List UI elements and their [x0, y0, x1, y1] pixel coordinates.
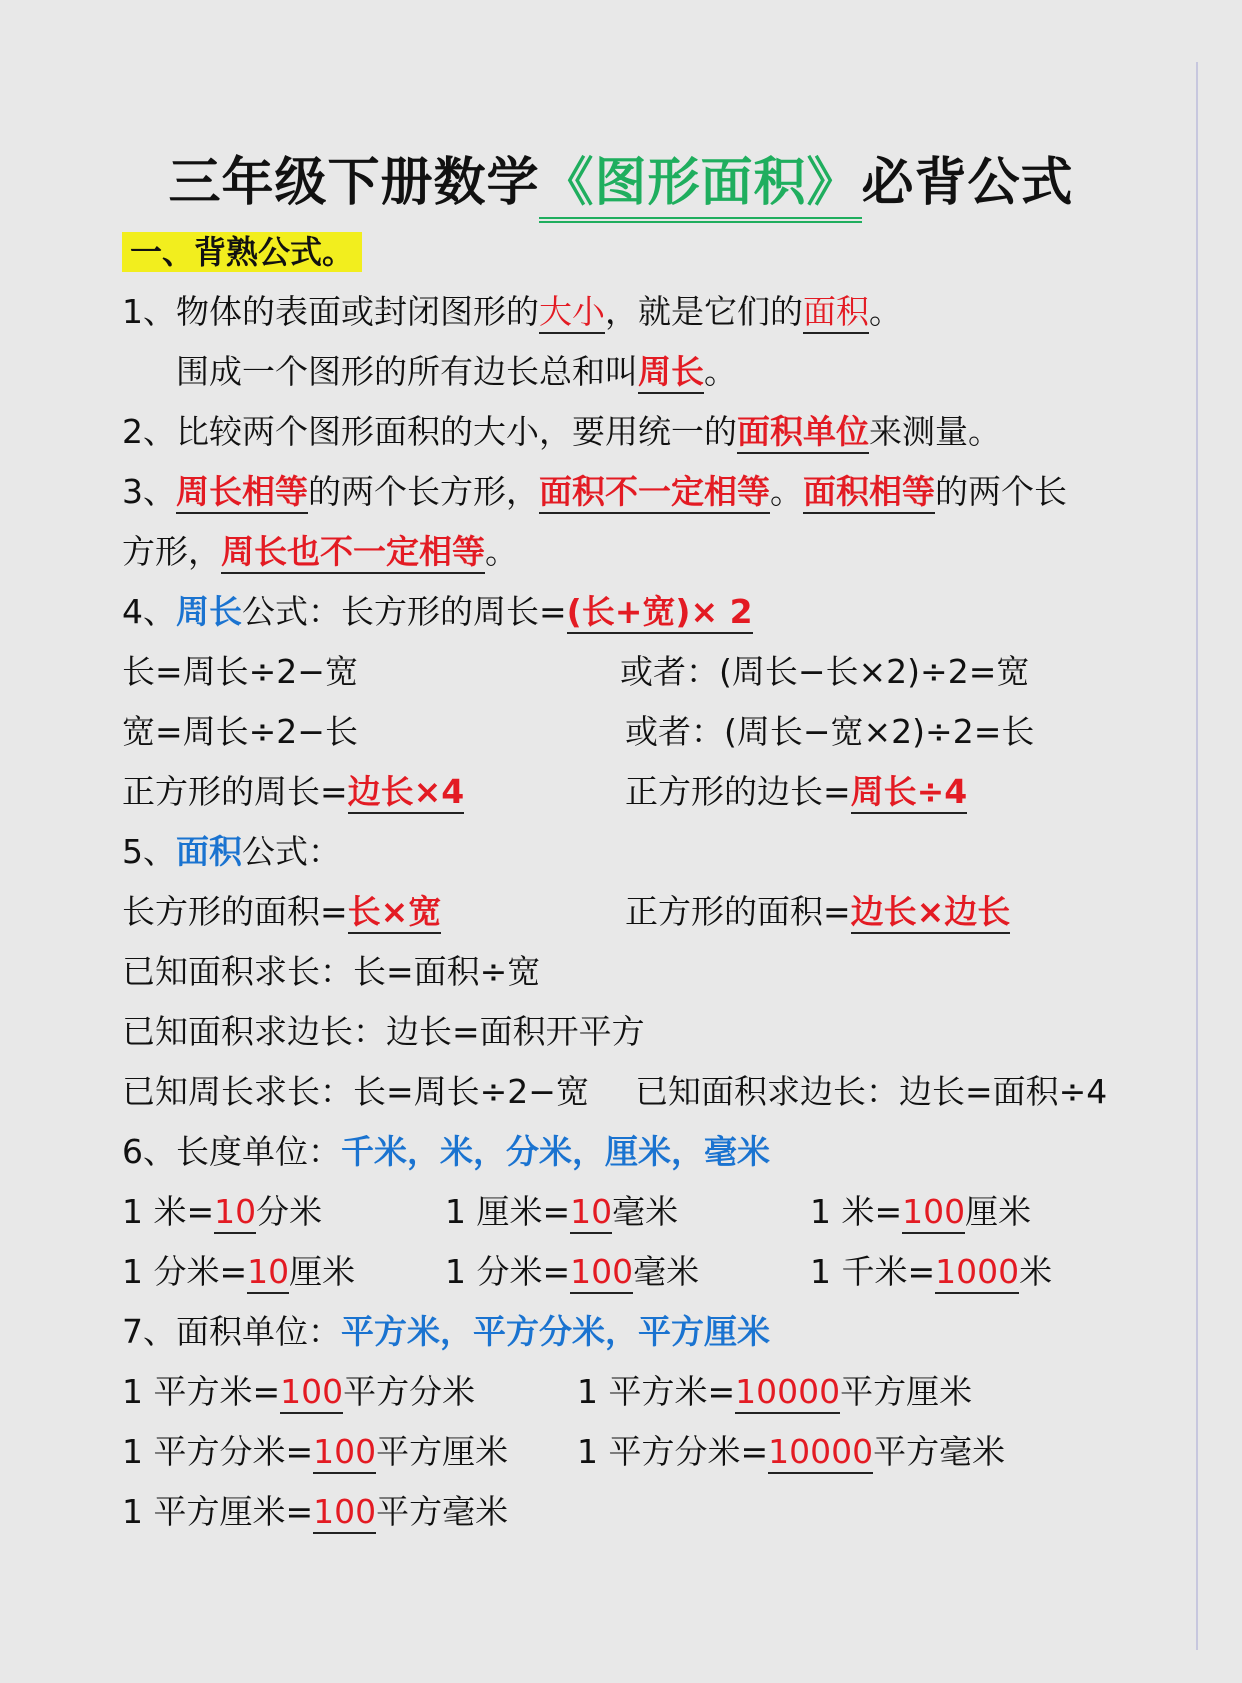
text: 正方形的周长=	[122, 772, 348, 811]
item-5-heading: 5、面积公式：	[122, 830, 341, 874]
text: 长方形的面积=	[122, 892, 348, 931]
text: 3、	[122, 472, 176, 511]
item-5-line-3-right: 已知面积求边长：边长=面积÷4	[635, 1070, 1107, 1114]
key-term: 面积单位	[737, 412, 869, 454]
length-conversion: 1 米=100厘米	[810, 1190, 1031, 1234]
item-4-row-1-left: 长=周长÷2−宽	[122, 650, 358, 694]
area-conversion: 1 平方分米=100平方厘米	[122, 1430, 508, 1474]
text: 平方毫米	[376, 1492, 508, 1531]
conversion-value: 10000	[735, 1372, 840, 1414]
text: 1、物体的表面或封闭图形的	[122, 292, 539, 331]
text: ，就是它们的	[605, 292, 803, 331]
text: 1 平方米=	[577, 1372, 735, 1411]
text: 正方形的面积=	[625, 892, 851, 931]
key-term: 周长相等	[176, 472, 308, 514]
text: 的两个长方形，	[308, 472, 539, 511]
text: 7、面积单位：	[122, 1312, 341, 1351]
text: 1 平方分米=	[122, 1432, 313, 1471]
item-1-line-1: 1、物体的表面或封闭图形的大小，就是它们的面积。	[122, 290, 902, 334]
key-term: 面积不一定相等	[539, 472, 770, 514]
text: 分米	[256, 1192, 322, 1231]
text: 。	[869, 292, 902, 331]
text: 。	[485, 532, 518, 571]
formula: (长+宽)× 2	[567, 592, 753, 634]
conversion-value: 10000	[768, 1432, 873, 1474]
item-2: 2、比较两个图形面积的大小，要用统一的面积单位来测量。	[122, 410, 1001, 454]
text: 公式：长方形的周长=	[242, 592, 567, 631]
text: 。	[704, 352, 737, 391]
text: 平方厘米	[840, 1372, 972, 1411]
conversion-value: 100	[280, 1372, 343, 1414]
conversion-value: 10	[247, 1252, 289, 1294]
text: 毫米	[633, 1252, 699, 1291]
length-conversion: 1 分米=10厘米	[122, 1250, 355, 1294]
item-6-heading: 6、长度单位：千米，米，分米，厘米，毫米	[122, 1130, 770, 1174]
formula: 边长×边长	[851, 892, 1011, 934]
area-conversion: 1 平方米=100平方分米	[122, 1370, 475, 1414]
text: 的两个长	[935, 472, 1067, 511]
item-5-line-1: 已知面积求长：长=面积÷宽	[122, 950, 540, 994]
conversion-value: 100	[902, 1192, 965, 1234]
conversion-value: 100	[313, 1492, 376, 1534]
square-perimeter: 正方形的周长=边长×4	[122, 770, 464, 814]
text: 。	[770, 472, 803, 511]
text: 1 平方米=	[122, 1372, 280, 1411]
conversion-value: 10	[570, 1192, 612, 1234]
text: 1 千米=	[810, 1252, 935, 1291]
formula: 长×宽	[348, 892, 442, 934]
text: 2、比较两个图形面积的大小，要用统一的	[122, 412, 737, 451]
item-4-row-2-left: 宽=周长÷2−长	[122, 710, 358, 754]
text: 方形，	[122, 532, 221, 571]
rect-area: 长方形的面积=长×宽	[122, 890, 441, 934]
length-conversion: 1 厘米=10毫米	[445, 1190, 678, 1234]
item-4-row-2-right: 或者：(周长−宽×2)÷2=长	[625, 710, 1034, 754]
text: 平方分米	[343, 1372, 475, 1411]
text: 平方厘米	[376, 1432, 508, 1471]
key-term-blue: 周长	[176, 592, 242, 631]
key-term: 周长	[638, 352, 704, 394]
formula: 边长×4	[348, 772, 465, 814]
item-3-line-1: 3、周长相等的两个长方形，面积不一定相等。面积相等的两个长	[122, 470, 1067, 514]
conversion-value: 10	[214, 1192, 256, 1234]
text: 平方毫米	[873, 1432, 1005, 1471]
key-term: 周长也不一定相等	[221, 532, 485, 574]
title-suffix: 必背公式	[862, 153, 1074, 213]
item-4-heading: 4、周长公式：长方形的周长=(长+宽)× 2	[122, 590, 753, 634]
area-conversion: 1 平方厘米=100平方毫米	[122, 1490, 508, 1534]
text: 1 厘米=	[445, 1192, 570, 1231]
key-term: 大小	[539, 292, 605, 334]
unit-list: 千米，米，分米，厘米，毫米	[341, 1132, 770, 1171]
title-highlight: 《图形面积》	[539, 140, 861, 215]
text: 6、长度单位：	[122, 1132, 341, 1171]
page-title: 三年级下册数学《图形面积》必背公式	[0, 140, 1242, 215]
area-conversion: 1 平方分米=10000平方毫米	[577, 1430, 1005, 1474]
item-5-line-2: 已知面积求边长：边长=面积开平方	[122, 1010, 645, 1054]
formula: 周长÷4	[851, 772, 968, 814]
text: 1 平方分米=	[577, 1432, 768, 1471]
text: 公式：	[242, 832, 341, 871]
text: 1 平方厘米=	[122, 1492, 313, 1531]
text: 来测量。	[869, 412, 1001, 451]
text: 1 米=	[810, 1192, 902, 1231]
title-prefix: 三年级下册数学	[168, 153, 539, 213]
length-conversion: 1 千米=1000米	[810, 1250, 1052, 1294]
item-3-line-2: 方形，周长也不一定相等。	[122, 530, 518, 574]
text: 米	[1019, 1252, 1052, 1291]
text: 厘米	[965, 1192, 1031, 1231]
text: 1 分米=	[445, 1252, 570, 1291]
square-area: 正方形的面积=边长×边长	[625, 890, 1010, 934]
page-edge-divider	[1196, 62, 1198, 1650]
unit-list: 平方米，平方分米，平方厘米	[341, 1312, 770, 1351]
conversion-value: 100	[313, 1432, 376, 1474]
section-heading: 一、背熟公式。	[122, 232, 362, 272]
text: 围成一个图形的所有边长总和叫	[176, 352, 638, 391]
length-conversion: 1 分米=100毫米	[445, 1250, 699, 1294]
square-side: 正方形的边长=周长÷4	[625, 770, 967, 814]
text: 1 分米=	[122, 1252, 247, 1291]
length-conversion: 1 米=10分米	[122, 1190, 322, 1234]
item-5-line-3-left: 已知周长求长：长=周长÷2−宽	[122, 1070, 589, 1114]
text: 正方形的边长=	[625, 772, 851, 811]
key-term: 面积	[803, 292, 869, 334]
item-7-heading: 7、面积单位：平方米，平方分米，平方厘米	[122, 1310, 770, 1354]
text: 1 米=	[122, 1192, 214, 1231]
key-term-blue: 面积	[176, 832, 242, 871]
text: 5、	[122, 832, 176, 871]
key-term: 面积相等	[803, 472, 935, 514]
text: 厘米	[289, 1252, 355, 1291]
text: 毫米	[612, 1192, 678, 1231]
area-conversion: 1 平方米=10000平方厘米	[577, 1370, 972, 1414]
item-1-line-2: 围成一个图形的所有边长总和叫周长。	[176, 350, 737, 394]
conversion-value: 100	[570, 1252, 633, 1294]
text: 4、	[122, 592, 176, 631]
item-4-row-1-right: 或者：(周长−长×2)÷2=宽	[620, 650, 1029, 694]
conversion-value: 1000	[935, 1252, 1019, 1294]
